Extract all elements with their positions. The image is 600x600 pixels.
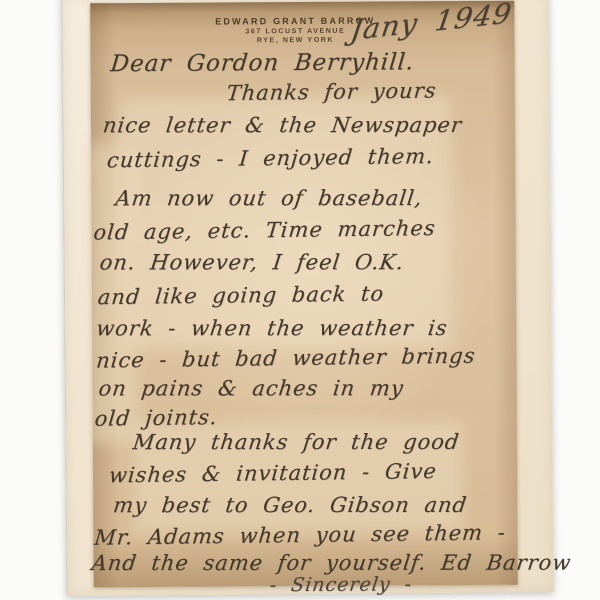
handwritten-line: my best to Geo. Gibson and [112,493,469,517]
handwritten-line: nice letter & the Newspaper [102,113,464,137]
handwritten-line: old joints. [94,405,219,431]
handwritten-date: Jany 1949 [348,0,514,47]
handwritten-line: work - when the weather is [95,316,449,340]
handwritten-line: on pains & aches in my [97,376,405,400]
handwritten-line: on. However, I feel O.K. [98,250,405,274]
handwritten-line: Thanks for yours [226,78,438,105]
photo-of-handwritten-letter: EDWARD GRANT BARROW 367 LOCUST AVENUE RY… [0,0,600,600]
handwritten-line: old age, etc. Time marches [92,216,436,244]
handwritten-line: And the same for yourself. Ed Barrow [90,551,572,575]
handwritten-line: nice - but bad weather brings [95,344,476,373]
handwritten-line: wishes & invitation - Give [108,459,438,487]
handwritten-line: Mr. Adams when you see them - [93,520,507,549]
handwritten-line: Many thanks for the good [132,430,461,454]
letter-sheet: EDWARD GRANT BARROW 367 LOCUST AVENUE RY… [90,1,518,588]
handwritten-line: and like going back to [97,282,385,310]
signoff-line: - Sincerely - [268,573,413,596]
handwritten-line: cuttings - I enjoyed them. [106,144,435,172]
handwritten-line: Am now out of baseball, [114,186,424,210]
salutation-line: Dear Gordon Berryhill. [109,49,415,77]
